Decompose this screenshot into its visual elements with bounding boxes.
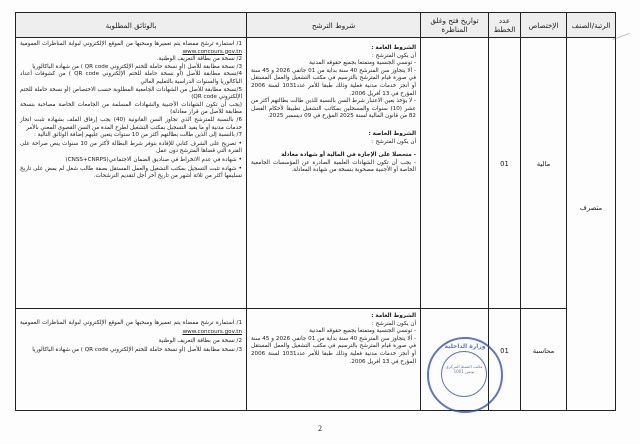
specialty-cell: محاسبة <box>521 309 567 411</box>
general-conditions-title: الشروط العامة : <box>251 313 416 321</box>
header-documents: بالوثائق المطلوبة <box>16 13 247 38</box>
specialty-value: مالية <box>521 160 566 168</box>
general-conditions-title: الشروط العامة : <box>251 45 416 53</box>
special-intro: أن يكون المترشح : <box>251 139 416 147</box>
rank-cell: متصرف <box>567 38 616 411</box>
table-header-row: الرتبة/الصنف الإختصاص عدد الخطط تواريخ ف… <box>16 13 616 38</box>
documents-cell: 1/ استمارة ترشح ممضاة يتم تعميرها وسحبها… <box>16 309 247 411</box>
official-stamp: وزارة الداخلية مكتب الضبط المركزي تونس 1… <box>427 337 503 413</box>
concours-link[interactable]: www.concours.gov.tn <box>183 329 242 335</box>
condition-item: - تونسي الجنسية ومتمتعا بجميع حقوقه المد… <box>251 60 416 68</box>
document-item: (يجب أن تكون الشهادات الأجنبية والشهادات… <box>20 102 242 117</box>
document-bullet: شهادة تثبت التسجيل بمكتب التشغيل والعمل … <box>20 165 242 181</box>
document-page: الرتبة/الصنف الإختصاص عدد الخطط تواريخ ف… <box>0 0 640 444</box>
special-item: - متحصلا على الإجازة في المالية أو شهادة… <box>251 152 416 160</box>
document-bullet: شهادة في عدم الانخراط في صناديق الضمان ا… <box>20 156 242 165</box>
header-rank: الرتبة/الصنف <box>567 13 616 38</box>
stamp-inner-text: مكتب الضبط المركزي تونس 1001 <box>442 364 486 374</box>
document-item: 7/ بالنسبة إلى الذين طالت بطالتهم أكثر م… <box>20 132 242 140</box>
documents-cell: 1/ استمارة ترشح ممضاة يتم تعميرها وسحبها… <box>16 38 247 309</box>
condition-item: - لا يؤخذ بعين الاعتبار شرط السن بالنسبة… <box>251 98 416 121</box>
document-item: 2/ نسخة من بطاقة التعريف الوطنية <box>20 337 242 346</box>
conditions-cell: الشروط العامة : أن يكون المترشح : - تونس… <box>247 38 421 309</box>
candidate-intro: أن يكون المترشح : <box>251 321 416 329</box>
candidate-intro: أن يكون المترشح : <box>251 53 416 61</box>
header-dates: تواريخ فتح وغلق المناظرة <box>421 13 489 38</box>
specialty-cell: مالية <box>521 38 567 309</box>
document-item: 1/ استمارة ترشح ممضاة يتم تعميرها وسحبها… <box>20 319 242 337</box>
table-row: متصرف مالية 01 الشروط العامة : أن يكون ا… <box>16 38 616 309</box>
document-item: 2/ نسخة من بطاقة التعريف الوطنية. <box>20 56 242 64</box>
specialty-value: محاسبة <box>521 347 566 355</box>
document-item: 1/ استمارة ترشح ممضاة يتم تعميرها وسحبها… <box>20 41 242 56</box>
rank-value: متصرف <box>567 204 615 212</box>
conditions-cell: الشروط العامة : أن يكون المترشح : - تونس… <box>247 309 421 411</box>
stamp-outer-text: وزارة الداخلية <box>429 343 501 350</box>
document-item: 6/ بالنسبة للمترشح الذي تجاوز السن القان… <box>20 117 242 132</box>
header-positions: عدد الخطط <box>489 13 521 38</box>
special-item: - يجب أن تكون الشهادات العلمية الصادرة ع… <box>251 160 416 175</box>
document-item: 3/ نسخة مطابقة للأصل (أو نسخة حاملة للخت… <box>20 346 242 355</box>
condition-item: - ألا يتجاوز سن المترشح 40 سنة بداية من … <box>251 336 416 366</box>
document-item: 5/نسخة مطابقة للأصل من الشهادات الجامعية… <box>20 87 242 102</box>
table-row: محاسبة 01 الشروط العامة : أن يكون المترش… <box>16 309 616 411</box>
stamp-inner-ring: مكتب الضبط المركزي تونس 1001 <box>441 351 487 397</box>
recruitment-table: الرتبة/الصنف الإختصاص عدد الخطط تواريخ ف… <box>15 12 616 411</box>
document-item: 4/نسخة مطابقة للأصل (أو نسخة حاملة للختم… <box>20 71 242 86</box>
header-specialty: الإختصاص <box>521 13 567 38</box>
condition-item: - تونسي الجنسية ومتمتعا بجميع حقوقه المد… <box>251 328 416 336</box>
concours-link[interactable]: www.concours.gov.tn <box>183 49 242 55</box>
page-number: 2 <box>0 424 640 433</box>
document-bullet: تصريح على الشرف كتابي للإفادة بتوفر شرط … <box>20 140 242 156</box>
positions-cell: 01 <box>489 38 521 309</box>
condition-item: - ألا يتجاوز سن المترشح 40 سنة بداية من … <box>251 68 416 98</box>
dates-cell <box>421 38 489 309</box>
positions-value: 01 <box>489 160 520 168</box>
header-conditions: شروط الترشح <box>247 13 421 38</box>
special-conditions-title: الشروط الخاصة : <box>251 131 416 139</box>
